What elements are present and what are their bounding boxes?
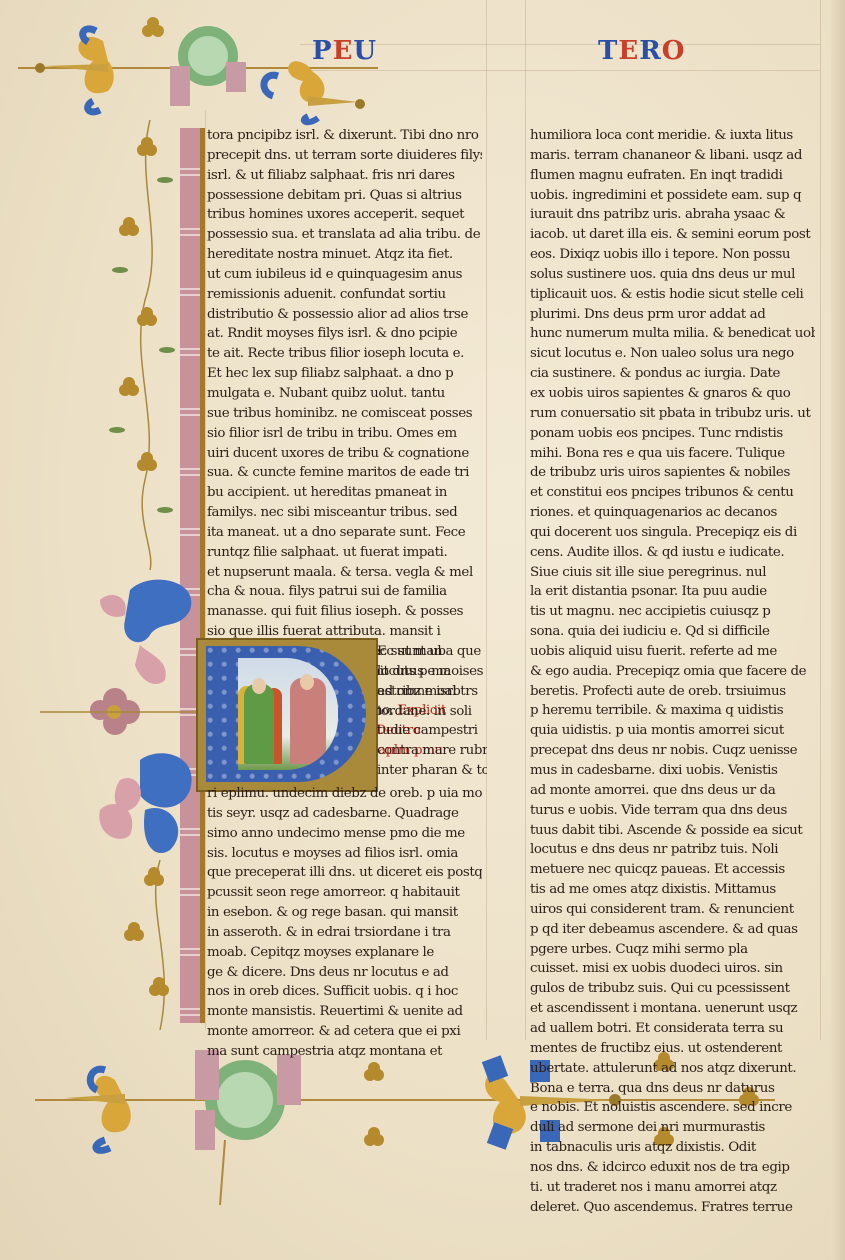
middle-acanthus-ornament xyxy=(30,560,210,870)
running-head-letter: R xyxy=(639,36,662,66)
text-line: isrl. & ut filiabz salphaat. fris nri da… xyxy=(207,166,482,186)
text-line: et nupserunt maala. & tersa. vegla & mel xyxy=(207,563,482,583)
text-line: p heremu terribile. & maxima q uidistis xyxy=(530,701,815,721)
text-line: cha & noua. filys patrui sui de familia xyxy=(207,582,482,602)
text-line: hunc numerum multa milia. & benedicat uo… xyxy=(530,324,815,344)
text-line: cuisset. misi ex uobis duodeci uiros. si… xyxy=(530,959,815,979)
text-line: ge & dicere. Dns deus nr locutus e ad xyxy=(207,963,482,983)
text-line: at. Rndit moyses filys isrl. & dno pcipi… xyxy=(207,324,482,344)
left-vine-border xyxy=(95,120,185,570)
text-line: inter pharan & to xyxy=(377,761,487,781)
text-line: que preceperat illi dns. ut diceret eis … xyxy=(207,863,482,883)
text-line: quia uidistis. p uia montis amorrei sicu… xyxy=(530,721,815,741)
text-line: Bona e terra. qua dns deus nr daturus xyxy=(530,1079,815,1099)
text-line: possessione debitam pri. Quas si altrius xyxy=(207,186,482,206)
text-line: turus e uobis. Vide terram qua dns deus xyxy=(530,801,815,821)
text-line: & ego audia. Precepiqz omia que facere d… xyxy=(530,662,815,682)
text-line: tis seyr. usqz ad cadesbarne. Quadrage xyxy=(207,804,482,824)
text-line: gulos de tribubz suis. Qui cu pcessissen… xyxy=(530,979,815,999)
text-line: in tabnaculis uris atqz dixistis. Odit xyxy=(530,1138,815,1158)
text-line: bu accipient. ut hereditas pmaneat in xyxy=(207,483,482,503)
text-line: uiros qui considerent tram. & renuncient xyxy=(530,900,815,920)
text-line: la erit distantia psonar. Ita puu audie xyxy=(530,582,815,602)
text-line: eos. Dixiqz uobis illo i tepore. Non pos… xyxy=(530,245,815,265)
text-line: e nobis. Et noluistis ascendere. sed inc… xyxy=(530,1098,815,1118)
manuscript-page: PEU TERO xyxy=(0,0,845,1260)
text-line: cia sustinere. & pondus ac iurgia. Date xyxy=(530,364,815,384)
running-head-letter: T xyxy=(598,36,618,66)
text-line: precepat dns deus nr nobis. Cuqz uenisse xyxy=(530,741,815,761)
text-line: tis ut magnu. nec accipietis cuiusqz p xyxy=(530,602,815,622)
text-line: plurimi. Dns deus prm uror addat ad xyxy=(530,305,815,325)
text-line: contra mare rubru xyxy=(377,741,487,761)
ruling-line xyxy=(820,0,821,1040)
text-line: tribus homines uxores acceperit. sequet xyxy=(207,205,482,225)
text-line: familys. nec sibi misceantur tribus. sed xyxy=(207,503,482,523)
text-line: hereditate nostra minuet. Atqz ita fiet. xyxy=(207,245,482,265)
text-line: manasse. qui fuit filius ioseph. & posse… xyxy=(207,602,482,622)
right-text-column: humiliora loca cont meridie. & iuxta lit… xyxy=(530,126,815,1217)
text-line: qui docerent uos singula. Precepiqz eis … xyxy=(530,523,815,543)
ruling-line xyxy=(525,0,526,1040)
text-line: ita maneat. ut a dno separate sunt. Fece xyxy=(207,523,482,543)
text-line: beretis. Profecti aute de oreb. trsiuimu… xyxy=(530,682,815,702)
text-line: sona. quia dei iudiciu e. Qd si difficil… xyxy=(530,622,815,642)
text-beside-initial: Ec sunt uba que locutus e moises ad omne… xyxy=(377,642,487,781)
acanthus-scroll-icon xyxy=(8,6,388,126)
historiated-initial-H xyxy=(196,638,378,792)
text-line: mentes de fructibz eius. ut ostenderent xyxy=(530,1039,815,1059)
text-line: pcussit seon rege amorreor. q habitauit xyxy=(207,883,482,903)
text-line: te ait. Recte tribus filior ioseph locut… xyxy=(207,344,482,364)
text-line: humiliora loca cont meridie. & iuxta lit… xyxy=(530,126,815,146)
text-line: ut cum iubileus id e quinquagesim anus xyxy=(207,265,482,285)
text-line: monte amorreor. & ad cetera que ei pxi xyxy=(207,1022,482,1042)
running-head-right: TERO xyxy=(598,36,685,66)
text-line: flumen magnu eufraten. En inqt tradidi xyxy=(530,166,815,186)
text-line: locutus e dns deus nr patribz tuis. Noli xyxy=(530,840,815,860)
text-line: runtqz filie salphaat. ut fuerat impati. xyxy=(207,543,482,563)
text-line: remissionis aduenit. confundat sortiu xyxy=(207,285,482,305)
text-line: distributio & possessio alior ad alios t… xyxy=(207,305,482,325)
vine-icon xyxy=(100,860,190,1030)
text-line: Ec sunt uba que xyxy=(377,642,487,662)
text-line: mihi. Bona res e qua uis facere. Tulique xyxy=(530,444,815,464)
text-line: ad omne isrl trs xyxy=(377,682,487,702)
text-line: monte mansistis. Reuertimi & uenite ad xyxy=(207,1002,482,1022)
text-line: tiplicauit uos. & estis hodie sicut stel… xyxy=(530,285,815,305)
text-line: de tribubz uris uiros sapientes & nobile… xyxy=(530,463,815,483)
text-line: maris. terram chananeor & libani. usqz a… xyxy=(530,146,815,166)
text-line: simo anno undecimo mense pmo die me xyxy=(207,824,482,844)
text-line: mulgata e. Nubant quibz uolut. tantu xyxy=(207,384,482,404)
text-line: pgere urbes. Cuqz mihi sermo pla xyxy=(530,940,815,960)
text-line: ri eplimu. undecim diebz de oreb. p uia … xyxy=(207,784,482,804)
text-line: nos in oreb dices. Sufficit uobis. q i h… xyxy=(207,982,482,1002)
page-edge xyxy=(831,0,845,1260)
acanthus-flower-icon xyxy=(30,560,210,870)
figure-head xyxy=(252,678,266,694)
text-line: iordane. in soli xyxy=(377,702,487,722)
text-line: in esebon. & og rege basan. qui mansit xyxy=(207,903,482,923)
text-line: ad uallem botri. Et considerata terra su xyxy=(530,1019,815,1039)
lower-vine-border xyxy=(100,860,190,1030)
running-head-letter: O xyxy=(662,36,686,66)
text-line: tora pncipibz isrl. & dixerunt. Tibi dno… xyxy=(207,126,482,146)
text-line: in asseroth. & in edrai trsiordane i tra xyxy=(207,923,482,943)
text-line: uobis. ingredimini et possidete eam. sup… xyxy=(530,186,815,206)
text-line: ex uobis uiros sapientes & gnaros & quo xyxy=(530,384,815,404)
text-line: precepit dns. ut terram sorte diuideres … xyxy=(207,146,482,166)
top-border-ornament xyxy=(8,6,388,126)
text-line: possessio sua. et translata ad alia trib… xyxy=(207,225,482,245)
text-line: Et hec lex sup filiabz salphaat. a dno p xyxy=(207,364,482,384)
text-line: rum conuersatio sit pbata in tribubz uri… xyxy=(530,404,815,424)
text-line: moab. Cepitqz moyses explanare le xyxy=(207,943,482,963)
text-line: uobis aliquid uisu fuerit. referte ad me xyxy=(530,642,815,662)
text-line: sio filior isrl de tribu in tribu. Omes … xyxy=(207,424,482,444)
text-line: sue tribus hominibz. ne comisceat posses xyxy=(207,404,482,424)
text-after-initial: ri eplimu. undecim diebz de oreb. p uia … xyxy=(207,784,482,1062)
text-line: ad monte amorrei. que dns deus ur da xyxy=(530,781,815,801)
running-head-letter: E xyxy=(618,36,639,66)
text-line: sis. locutus e moyses ad filios isrl. om… xyxy=(207,844,482,864)
text-line: Siue ciuis sit ille siue peregrinus. nul xyxy=(530,563,815,583)
text-line: p qd iter debeamus ascendere. & ad quas xyxy=(530,920,815,940)
text-line: ma sunt campestria atqz montana et xyxy=(207,1042,482,1062)
moses-scene xyxy=(238,658,338,770)
figure-moses xyxy=(290,678,326,764)
text-line: ti. ut traderet nos i manu amorrei atqz xyxy=(530,1178,815,1198)
vine-icon xyxy=(95,120,185,570)
text-line: cens. Audite illos. & qd iustu e iudicat… xyxy=(530,543,815,563)
text-line: deleret. Quo ascendemus. Fratres terrue xyxy=(530,1198,815,1218)
text-line: et constitui eos pncipes tribunos & cent… xyxy=(530,483,815,503)
text-line: iurauit dns patribz uris. abraha ysaac & xyxy=(530,205,815,225)
text-line: tis ad me omes atqz dixistis. Mittamus xyxy=(530,880,815,900)
text-line: solus sustinere uos. quia dns deus ur mu… xyxy=(530,265,815,285)
text-line: riones. et quinquagenarios ac decanos xyxy=(530,503,815,523)
text-line: nos dns. & idcirco eduxit nos de tra egi… xyxy=(530,1158,815,1178)
text-line: et ascendissent i montana. uenerunt usqz xyxy=(530,999,815,1019)
text-line: uiri ducent uxores de tribu & cognatione xyxy=(207,444,482,464)
ruling-line xyxy=(486,0,487,1040)
text-line: ubertate. attulerunt ad nos atqz dixerun… xyxy=(530,1059,815,1079)
text-line: sicut locutus e. Non ualeo solus ura neg… xyxy=(530,344,815,364)
text-line: ponam uobis eos pncipes. Tunc rndistis xyxy=(530,424,815,444)
text-line: locutus e moises xyxy=(377,662,487,682)
figure-head xyxy=(300,674,314,690)
text-line: tudie campestri xyxy=(377,721,487,741)
text-line: iacob. ut daret illa eis. & semini eorum… xyxy=(530,225,815,245)
text-line: sua. & cuncte femine maritos de eade tri xyxy=(207,463,482,483)
figure-green-robe xyxy=(244,684,274,764)
text-line: tuus dabit tibi. Ascende & posside ea si… xyxy=(530,821,815,841)
text-line: duli ad sermone dei nri murmurastis xyxy=(530,1118,815,1138)
text-line: metuere nec quicqz paueas. Et accessis xyxy=(530,860,815,880)
text-line: mus in cadesbarne. dixi uobis. Venistis xyxy=(530,761,815,781)
